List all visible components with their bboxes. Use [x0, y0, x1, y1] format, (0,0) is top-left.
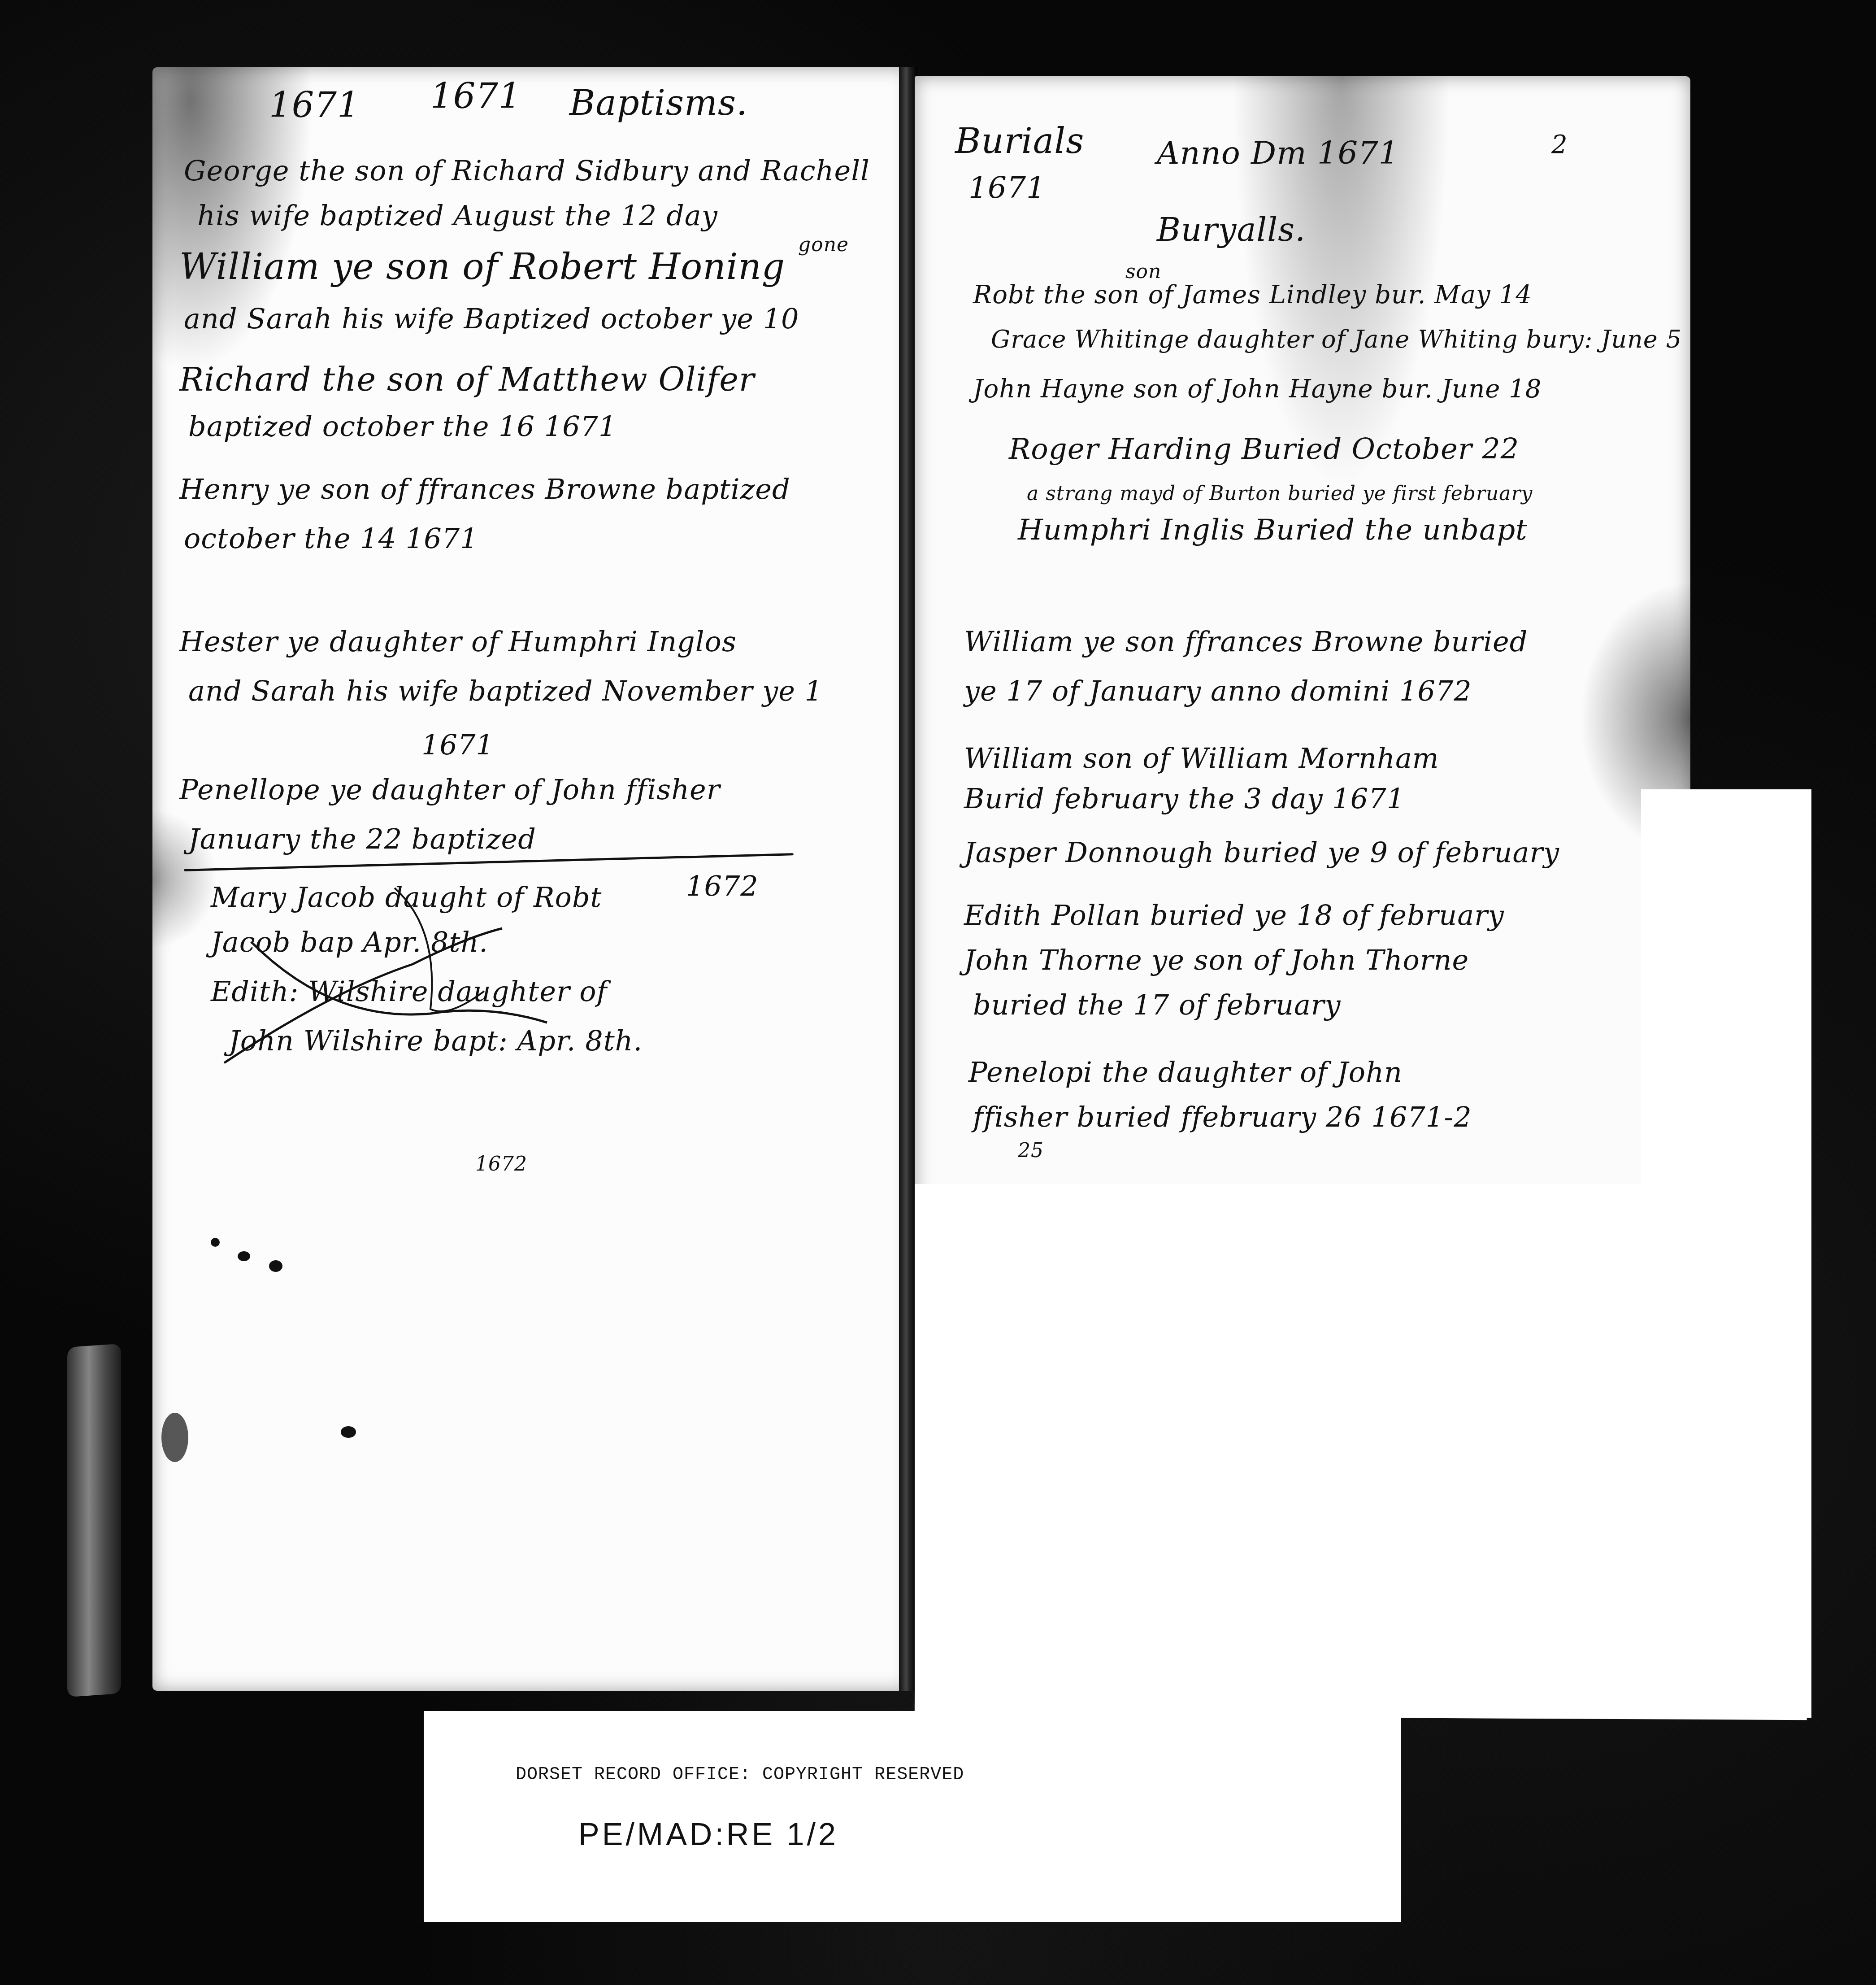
copyright-notice: DORSET RECORD OFFICE: COPYRIGHT RESERVED	[516, 1765, 964, 1785]
entry-line: Robt the son of James Lindley bur. May 1…	[973, 283, 1532, 308]
entry-line: ye 17 of January anno domini 1672	[964, 677, 1472, 705]
archive-label-card: DORSET RECORD OFFICE: COPYRIGHT RESERVED…	[424, 1711, 1401, 1922]
paper-slip	[915, 1184, 1646, 1686]
entry-line: a strang mayd of Burton buried ye first …	[1027, 482, 1533, 505]
entry-line: John Thorne ye son of John Thorne	[964, 946, 1469, 974]
entry-line: and Sarah his wife baptized November ye …	[188, 677, 823, 705]
entry-line: 1671	[421, 731, 494, 759]
book-spine	[899, 67, 917, 1691]
entry-line: baptized october the 16 1671	[188, 413, 617, 440]
margin-note: 25	[1018, 1139, 1044, 1162]
page-number: 2	[1551, 130, 1568, 159]
book-edge	[67, 1344, 121, 1697]
entry-line: William ye son ffrances Browne buried	[964, 628, 1528, 656]
header-year: 1671	[968, 170, 1046, 205]
entry-line: George the son of Richard Sidbury and Ra…	[184, 157, 870, 185]
entry-line: William ye son of Robert Honing	[179, 249, 785, 285]
ink-blot	[341, 1426, 356, 1438]
entry-line: January the 22 baptized	[188, 825, 536, 853]
entry-line: ffisher buried ffebruary 26 1671-2	[973, 1103, 1472, 1131]
header-year-left: 1671	[269, 85, 360, 126]
entry-line: Richard the son of Matthew Olifer	[179, 363, 755, 396]
margin-year: 1672	[686, 872, 759, 900]
document-reference: PE/MAD:RE 1/2	[578, 1816, 838, 1852]
interlinear-note: son	[1125, 260, 1161, 283]
ink-stain	[161, 1413, 188, 1462]
ink-blot	[211, 1238, 220, 1247]
entry-line: his wife baptized August the 12 day	[197, 202, 718, 230]
entry-line: october the 14 1671	[184, 525, 478, 553]
subheading: Buryalls.	[1157, 211, 1306, 248]
entry-line: William son of William Mornham	[964, 744, 1439, 772]
header-anno: Anno Dm 1671	[1157, 135, 1399, 171]
page-title: Burials	[955, 121, 1084, 161]
ink-blot	[238, 1251, 250, 1261]
paper-slip-edge	[1641, 789, 1811, 1718]
entry-line: buried the 17 of february	[973, 991, 1341, 1019]
left-page-baptisms: 1671 1671 Baptisms. George the son of Ri…	[152, 67, 910, 1691]
entry-line: Penelopi the daughter of John	[968, 1058, 1403, 1086]
divider-rule	[184, 853, 794, 871]
entry-line: Roger Harding Buried October 22	[1009, 435, 1519, 464]
entry-line: Humphri Inglis Buried the unbapt	[1018, 516, 1528, 544]
page-title: Baptisms.	[569, 83, 748, 123]
footer-year: 1672	[475, 1153, 527, 1175]
entry-line: Edith Pollan buried ye 18 of february	[964, 901, 1504, 929]
entry-line: Hester ye daughter of Humphri Inglos	[179, 628, 737, 656]
entry-line: John Hayne son of John Hayne bur. June 1…	[973, 377, 1542, 402]
interlinear-note: gone	[798, 233, 849, 256]
header-year-center: 1671	[430, 76, 521, 117]
entry-line: Burid february the 3 day 1671	[964, 785, 1405, 813]
cross-out-strokes	[197, 875, 646, 1076]
entry-line: Henry ye son of ffrances Browne baptized	[179, 475, 790, 503]
entry-line: Grace Whitinge daughter of Jane Whiting …	[991, 327, 1682, 352]
ink-blot	[269, 1260, 282, 1272]
entry-line: Jasper Donnough buried ye 9 of february	[964, 839, 1559, 866]
entry-line: Penellope ye daughter of John ffisher	[179, 776, 720, 804]
entry-line: and Sarah his wife Baptized october ye 1…	[184, 305, 799, 333]
